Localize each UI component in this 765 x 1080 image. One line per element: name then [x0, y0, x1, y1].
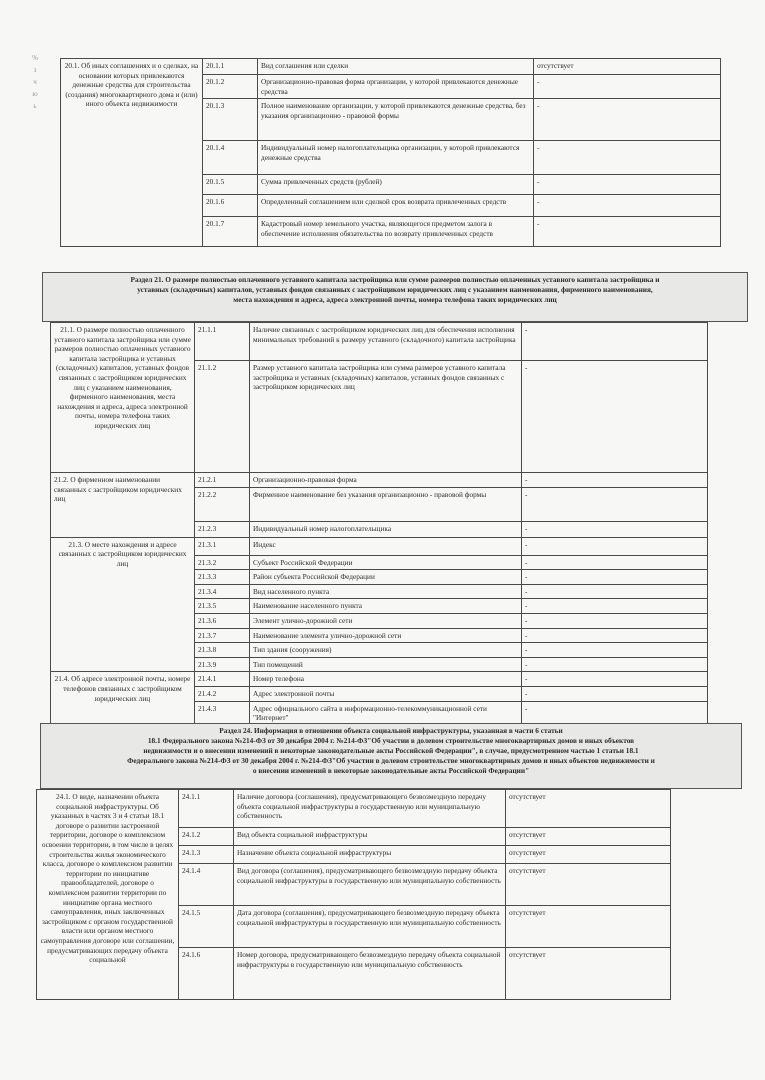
item-name: Адрес электронной почты	[250, 686, 522, 701]
item-value: -	[522, 657, 708, 672]
item-code: 24.1.4	[179, 864, 234, 906]
item-value: -	[522, 361, 708, 473]
item-code: 20.1.2	[203, 75, 258, 99]
item-code: 21.2.1	[195, 473, 250, 488]
item-name: Номер телефона	[250, 672, 522, 687]
item-value: отсутствует	[534, 59, 721, 75]
section-24-table: 24.1. О виде, назначении объекта социаль…	[36, 789, 671, 1000]
item-code: 24.1.6	[179, 948, 234, 1000]
item-value: -	[534, 75, 721, 99]
item-value: -	[522, 628, 708, 643]
item-name: Вид соглашения или сделки	[258, 59, 534, 75]
margin-mark: ч	[30, 76, 40, 88]
item-value: -	[522, 584, 708, 599]
item-value: отсутствует	[506, 846, 671, 864]
item-name: Вид договора (соглашения), предусматрива…	[234, 864, 506, 906]
item-name: Индивидуальный номер налогоплательщика о…	[258, 141, 534, 175]
margin-mark: ь	[30, 100, 40, 112]
item-name: Кадастровый номер земельного участка, яв…	[258, 217, 534, 247]
item-code: 21.3.7	[195, 628, 250, 643]
table-row: 21.4. Об адресе электронной почты, номер…	[51, 672, 708, 687]
margin-mark: %	[30, 52, 40, 64]
item-value: -	[522, 521, 708, 537]
table-row: 21.2. О фирменном наименовании связанных…	[51, 473, 708, 488]
item-code: 21.3.1	[195, 537, 250, 555]
item-value: -	[522, 487, 708, 521]
item-value: отсутствует	[506, 906, 671, 948]
item-value: -	[534, 141, 721, 175]
item-value: -	[522, 473, 708, 488]
item-value: -	[522, 323, 708, 361]
item-name: Тип помещений	[250, 657, 522, 672]
heading-line: о внесении изменений в некоторые законод…	[45, 766, 737, 776]
item-code: 24.1.2	[179, 828, 234, 846]
item-code: 24.1.3	[179, 846, 234, 864]
item-name: Определенный соглашением или сделкой сро…	[258, 195, 534, 217]
item-name: Номер договора, предусматривающего безво…	[234, 948, 506, 1000]
item-value: -	[534, 175, 721, 195]
heading-line: уставных (складочных) капиталов, уставны…	[47, 285, 743, 295]
item-code: 21.3.4	[195, 584, 250, 599]
item-name: Индекс	[250, 537, 522, 555]
table-row: 21.3. О месте нахождения и адресе связан…	[51, 537, 708, 555]
item-name: Тип здания (сооружения)	[250, 643, 522, 658]
item-value: отсутствует	[506, 864, 671, 906]
item-value: -	[522, 672, 708, 687]
item-value: -	[522, 537, 708, 555]
item-name: Элемент улично-дорожной сети	[250, 613, 522, 628]
heading-line: Федерального закона №214-ФЗ от 30 декабр…	[45, 756, 737, 766]
item-value: отсутствует	[506, 828, 671, 846]
item-name: Назначение объекта социальной инфраструк…	[234, 846, 506, 864]
item-name: Район субъекта Российской Федерации	[250, 570, 522, 585]
heading-line: недвижимости и о внесении изменений в не…	[45, 746, 737, 756]
item-value: -	[534, 99, 721, 141]
item-name: Субъект Российской Федерации	[250, 555, 522, 570]
item-name: Индивидуальный номер налогоплательщика	[250, 521, 522, 537]
item-name: Организационно-правовая форма	[250, 473, 522, 488]
item-name: Фирменное наименование без указания орга…	[250, 487, 522, 521]
item-code: 21.3.8	[195, 643, 250, 658]
item-code: 21.2.2	[195, 487, 250, 521]
item-code: 24.1.5	[179, 906, 234, 948]
item-name: Организационно-правовая форма организаци…	[258, 75, 534, 99]
table-row: 24.1. О виде, назначении объекта социаль…	[37, 790, 671, 828]
group-label: 21.2. О фирменном наименовании связанных…	[51, 473, 195, 538]
item-code: 21.3.6	[195, 613, 250, 628]
item-value: отсутствует	[506, 948, 671, 1000]
table-row: 21.1. О размере полностью оплаченного ус…	[51, 323, 708, 361]
heading-line: места нахождения и адреса, адреса электр…	[47, 295, 743, 305]
item-value: -	[522, 643, 708, 658]
item-name: Вид населенного пункта	[250, 584, 522, 599]
item-name: Размер уставного капитала застройщика ил…	[250, 361, 522, 473]
item-value: -	[534, 217, 721, 247]
heading-line: Раздел 24. Информация в отношении объект…	[45, 726, 737, 736]
group-label: 24.1. О виде, назначении объекта социаль…	[37, 790, 179, 1000]
item-value: -	[522, 686, 708, 701]
group-label: 20.1. Об иных соглашениях и о сделках, н…	[61, 59, 203, 247]
item-value: -	[522, 613, 708, 628]
item-code: 20.1.7	[203, 217, 258, 247]
section-21-heading: Раздел 21. О размере полностью оплаченно…	[42, 272, 748, 322]
item-value: -	[522, 701, 708, 725]
item-name: Наличие связанных с застройщиком юридиче…	[250, 323, 522, 361]
group-label: 21.1. О размере полностью оплаченного ус…	[51, 323, 195, 473]
item-code: 20.1.5	[203, 175, 258, 195]
table-row: 20.1. Об иных соглашениях и о сделках, н…	[61, 59, 721, 75]
margin-mark: з	[30, 64, 40, 76]
item-code: 20.1.4	[203, 141, 258, 175]
heading-line: Раздел 21. О размере полностью оплаченно…	[47, 275, 743, 285]
margin-marks: %зчюь	[30, 52, 40, 112]
item-code: 21.3.5	[195, 599, 250, 614]
section-24-heading: Раздел 24. Информация в отношении объект…	[40, 723, 742, 789]
item-code: 21.3.9	[195, 657, 250, 672]
item-code: 24.1.1	[179, 790, 234, 828]
item-code: 21.3.3	[195, 570, 250, 585]
item-name: Наименование населенного пункта	[250, 599, 522, 614]
heading-line: 18.1 Федерального закона №214-ФЗ от 30 д…	[45, 736, 737, 746]
item-value: -	[522, 570, 708, 585]
margin-mark: ю	[30, 88, 40, 100]
item-code: 21.4.2	[195, 686, 250, 701]
item-name: Адрес официального сайта в информационно…	[250, 701, 522, 725]
item-code: 21.4.1	[195, 672, 250, 687]
item-code: 20.1.3	[203, 99, 258, 141]
item-code: 21.1.1	[195, 323, 250, 361]
item-name: Вид объекта социальной инфраструктуры	[234, 828, 506, 846]
scanned-document-page: %зчюь 20.1. Об иных соглашениях и о сдел…	[0, 0, 765, 1080]
item-name: Наименование элемента улично-дорожной се…	[250, 628, 522, 643]
item-value: -	[522, 599, 708, 614]
item-code: 21.1.2	[195, 361, 250, 473]
item-name: Полное наименование организации, у котор…	[258, 99, 534, 141]
item-code: 20.1.6	[203, 195, 258, 217]
item-name: Наличие договора (соглашения), предусмат…	[234, 790, 506, 828]
item-value: -	[522, 555, 708, 570]
group-label: 21.3. О месте нахождения и адресе связан…	[51, 537, 195, 672]
item-name: Сумма привлеченных средств (рублей)	[258, 175, 534, 195]
item-code: 21.4.3	[195, 701, 250, 725]
item-name: Дата договора (соглашения), предусматрив…	[234, 906, 506, 948]
item-code: 21.2.3	[195, 521, 250, 537]
section-21-table: 21.1. О размере полностью оплаченного ус…	[50, 322, 708, 726]
item-code: 21.3.2	[195, 555, 250, 570]
section-20-table: 20.1. Об иных соглашениях и о сделках, н…	[60, 58, 721, 247]
item-code: 20.1.1	[203, 59, 258, 75]
item-value: -	[534, 195, 721, 217]
group-label: 21.4. Об адресе электронной почты, номер…	[51, 672, 195, 725]
item-value: отсутствует	[506, 790, 671, 828]
